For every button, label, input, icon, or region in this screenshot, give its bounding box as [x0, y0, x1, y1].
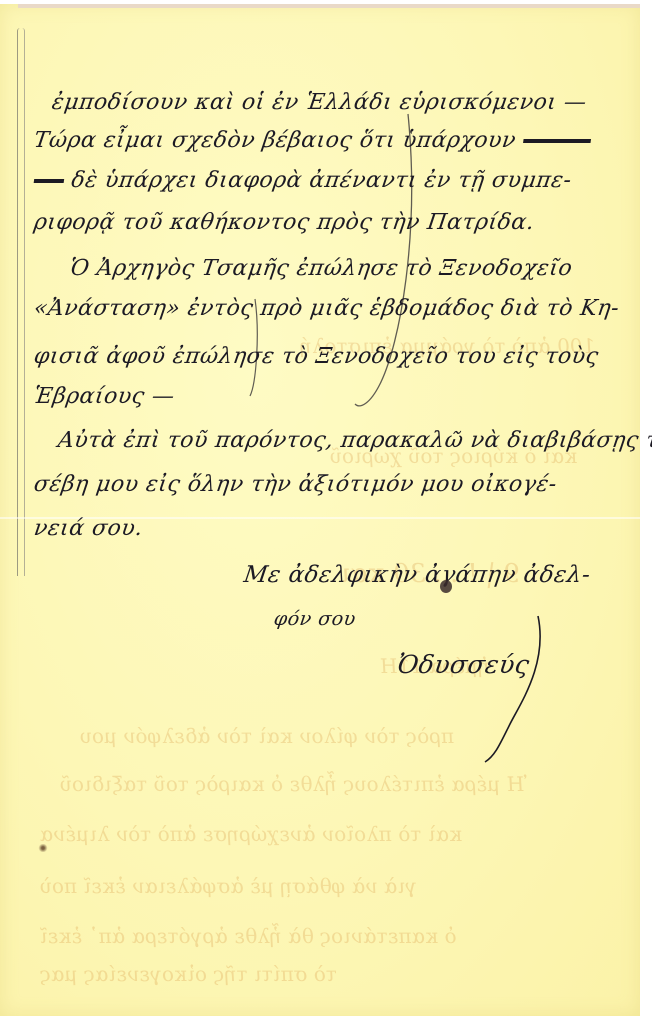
- letter-page: 100 ἀπὸ τὸ γράμμα ἐπιστολή καὶ ὁ κύριος …: [0, 4, 640, 1016]
- signature-flourish: [0, 4, 640, 1016]
